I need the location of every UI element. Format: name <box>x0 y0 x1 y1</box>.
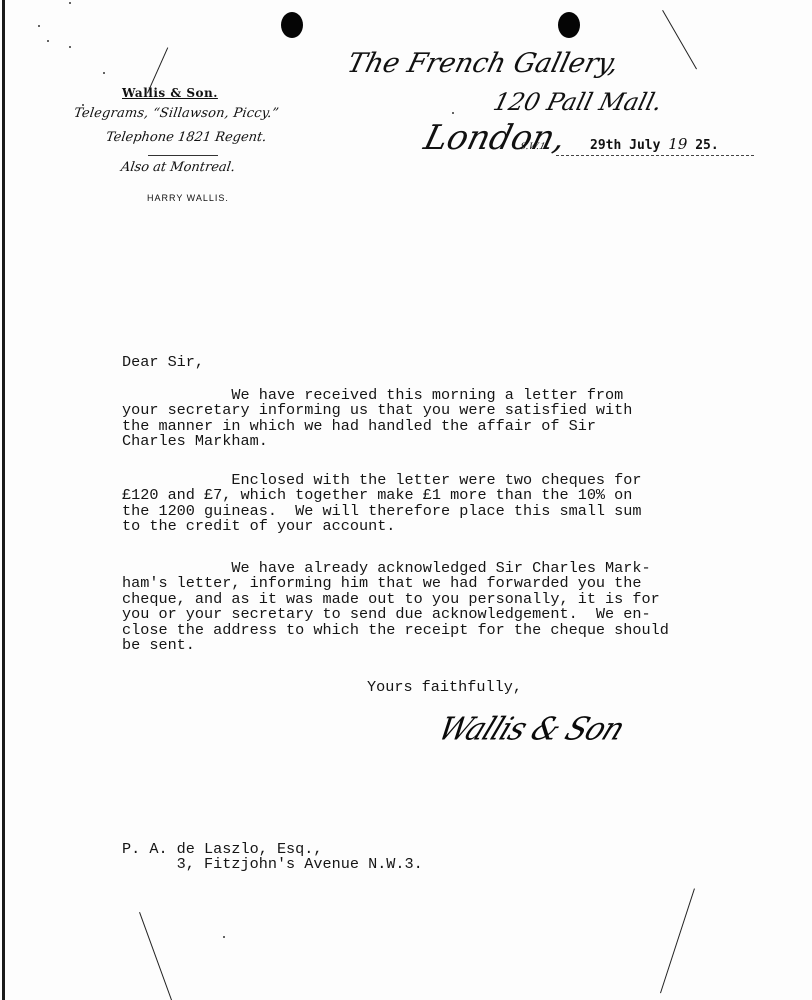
punch-hole-right <box>558 12 580 38</box>
date-day-month: 29th July <box>590 138 660 153</box>
branch-location: Also at Montreal. <box>120 160 236 175</box>
firm-name: Wallis & Son. <box>122 86 218 100</box>
paragraph-3: We have already acknowledged Sir Charles… <box>122 561 669 653</box>
punch-hole-left <box>281 12 303 38</box>
date-rule <box>556 155 754 156</box>
scan-edge <box>2 0 5 1000</box>
signature: Wallis & Son <box>433 711 630 748</box>
date-year-suffix: 25. <box>695 138 718 153</box>
speck <box>47 40 49 42</box>
pen-stroke <box>662 10 697 70</box>
letter-page: Wallis & Son. Telegrams, “Sillawson, Pic… <box>0 0 812 1000</box>
telephone-number: Telephone 1821 Regent. <box>105 130 267 145</box>
recipient-address: P. A. de Laszlo, Esq., 3, Fitzjohn's Ave… <box>122 842 423 873</box>
speck <box>103 72 105 74</box>
letter-date: 29th July 19 25. <box>590 135 719 153</box>
salutation: Dear Sir, <box>122 355 204 370</box>
paragraph-1: We have received this morning a letter f… <box>122 388 632 450</box>
gallery-name: The French Gallery, <box>344 48 622 79</box>
proprietor-name: HARRY WALLIS. <box>147 193 229 203</box>
speck <box>69 2 71 4</box>
closing: Yours faithfully, <box>367 680 522 695</box>
speck <box>223 936 225 938</box>
pen-stroke <box>139 912 173 1000</box>
date-year-prefix: 19 <box>668 135 687 153</box>
speck <box>452 112 454 114</box>
city: London, <box>420 118 570 158</box>
paragraph-2: Enclosed with the letter were two cheque… <box>122 473 642 535</box>
speck <box>69 46 71 48</box>
letterhead-divider <box>148 155 218 156</box>
street-address: 120 Pall Mall. <box>491 88 666 116</box>
postal-district: S.W.1 <box>519 142 546 152</box>
telegram-address: Telegrams, “Sillawson, Piccy.” <box>73 106 280 121</box>
speck <box>38 25 40 27</box>
pen-stroke <box>660 888 695 993</box>
